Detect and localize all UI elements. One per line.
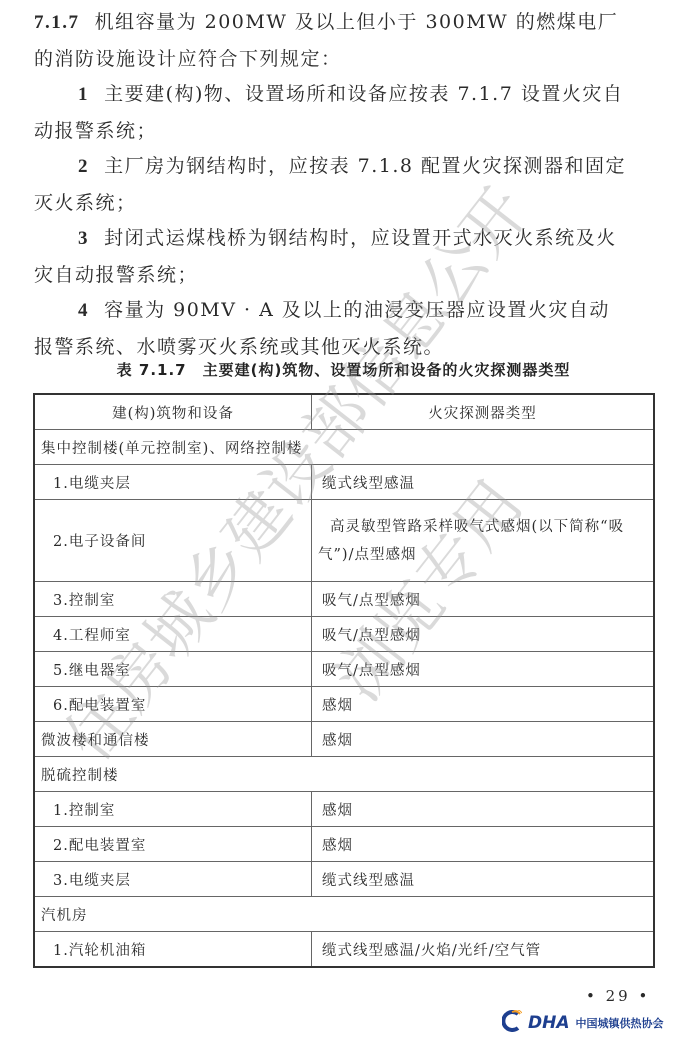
table-row: 5.继电器室 吸气/点型感烟 bbox=[34, 652, 654, 687]
row-label: 2.配电装置室 bbox=[34, 827, 312, 862]
table-row: 2.配电装置室 感烟 bbox=[34, 827, 654, 862]
group-label: 集中控制楼(单元控制室)、网络控制楼 bbox=[34, 430, 654, 465]
table-row: 脱硫控制楼 bbox=[34, 757, 654, 792]
item-number: 1 bbox=[78, 84, 89, 105]
group-label: 脱硫控制楼 bbox=[34, 757, 654, 792]
clause-intro: 7.1.7 机组容量为 200MW 及以上但小于 300MW 的燃煤电厂 的消防… bbox=[34, 4, 654, 77]
table-row: 1.控制室 感烟 bbox=[34, 792, 654, 827]
table-row: 2.电子设备间 高灵敏型管路采样吸气式感烟(以下简称“吸气”)/点型感烟 bbox=[34, 500, 654, 582]
row-label: 4.工程师室 bbox=[34, 617, 312, 652]
clause-item-2: 2 主厂房为钢结构时，应按表 7.1.8 配置火灾探测器和固定 灭火系统； bbox=[34, 148, 654, 221]
row-value: 感烟 bbox=[312, 687, 655, 722]
table-row: 6.配电装置室 感烟 bbox=[34, 687, 654, 722]
row-label: 1.汽轮机油箱 bbox=[34, 932, 312, 968]
row-label: 3.控制室 bbox=[34, 582, 312, 617]
item-text-cont: 动报警系统； bbox=[34, 113, 654, 149]
cdha-logo-icon bbox=[502, 1010, 522, 1036]
item-text: 容量为 90MV · A 及以上的油浸变压器应设置火灾自动 bbox=[104, 299, 610, 321]
table-row: 4.工程师室 吸气/点型感烟 bbox=[34, 617, 654, 652]
item-number: 2 bbox=[78, 156, 89, 177]
clause-item-3: 3 封闭式运煤栈桥为钢结构时，应设置开式水灭火系统及火 灾自动报警系统； bbox=[34, 220, 654, 293]
clause-intro-line1: 机组容量为 200MW 及以上但小于 300MW 的燃煤电厂 bbox=[95, 11, 619, 33]
header-detector-type: 火灾探测器类型 bbox=[312, 394, 655, 430]
item-number: 4 bbox=[78, 300, 89, 321]
clause-number: 7.1.7 bbox=[34, 12, 80, 33]
group-label: 汽机房 bbox=[34, 897, 654, 932]
row-value: 缆式线型感温 bbox=[312, 465, 655, 500]
item-text-cont: 灭火系统； bbox=[34, 185, 654, 221]
item-text: 主厂房为钢结构时，应按表 7.1.8 配置火灾探测器和固定 bbox=[104, 155, 626, 177]
row-value: 感烟 bbox=[312, 792, 655, 827]
table-caption: 表 7.1.7 主要建(构)筑物、设置场所和设备的火灾探测器类型 bbox=[0, 359, 687, 380]
header-building: 建(构)筑物和设备 bbox=[34, 394, 312, 430]
publisher-logo: DHA 中国城镇供热协会 bbox=[502, 1010, 664, 1036]
row-value: 缆式线型感温 bbox=[312, 862, 655, 897]
clause-intro-line2: 的消防设施设计应符合下列规定： bbox=[34, 41, 654, 77]
logo-text: 中国城镇供热协会 bbox=[576, 1015, 664, 1031]
row-label: 2.电子设备间 bbox=[34, 500, 312, 582]
table-row: 3.控制室 吸气/点型感烟 bbox=[34, 582, 654, 617]
table-row: 微波楼和通信楼 感烟 bbox=[34, 722, 654, 757]
item-text-cont: 灾自动报警系统； bbox=[34, 257, 654, 293]
row-label: 1.控制室 bbox=[34, 792, 312, 827]
table-row: 1.汽轮机油箱 缆式线型感温/火焰/光纤/空气管 bbox=[34, 932, 654, 968]
table-header-row: 建(构)筑物和设备 火灾探测器类型 bbox=[34, 394, 654, 430]
row-value: 高灵敏型管路采样吸气式感烟(以下简称“吸气”)/点型感烟 bbox=[312, 500, 655, 582]
row-label: 5.继电器室 bbox=[34, 652, 312, 687]
item-text: 主要建(构)物、设置场所和设备应按表 7.1.7 设置火灾自 bbox=[104, 83, 623, 105]
row-value: 吸气/点型感烟 bbox=[312, 617, 655, 652]
item-text: 封闭式运煤栈桥为钢结构时，应设置开式水灭火系统及火 bbox=[104, 227, 617, 249]
clause-item-4: 4 容量为 90MV · A 及以上的油浸变压器应设置火灾自动 报警系统、水喷雾… bbox=[34, 292, 654, 365]
row-value: 感烟 bbox=[312, 827, 655, 862]
table-row: 1.电缆夹层 缆式线型感温 bbox=[34, 465, 654, 500]
logo-mark: DHA bbox=[528, 1013, 570, 1033]
table-row: 3.电缆夹层 缆式线型感温 bbox=[34, 862, 654, 897]
row-label: 微波楼和通信楼 bbox=[34, 722, 312, 757]
row-label: 1.电缆夹层 bbox=[34, 465, 312, 500]
table-row: 集中控制楼(单元控制室)、网络控制楼 bbox=[34, 430, 654, 465]
row-label: 3.电缆夹层 bbox=[34, 862, 312, 897]
table-row: 汽机房 bbox=[34, 897, 654, 932]
row-value: 感烟 bbox=[312, 722, 655, 757]
page-number: • 29 • bbox=[586, 987, 650, 1005]
clause-item-1: 1 主要建(构)物、设置场所和设备应按表 7.1.7 设置火灾自 动报警系统； bbox=[34, 76, 654, 149]
row-label: 6.配电装置室 bbox=[34, 687, 312, 722]
row-value: 吸气/点型感烟 bbox=[312, 652, 655, 687]
item-number: 3 bbox=[78, 228, 89, 249]
row-value: 吸气/点型感烟 bbox=[312, 582, 655, 617]
detector-table: 建(构)筑物和设备 火灾探测器类型 集中控制楼(单元控制室)、网络控制楼 1.电… bbox=[33, 393, 655, 968]
row-value: 缆式线型感温/火焰/光纤/空气管 bbox=[312, 932, 655, 968]
